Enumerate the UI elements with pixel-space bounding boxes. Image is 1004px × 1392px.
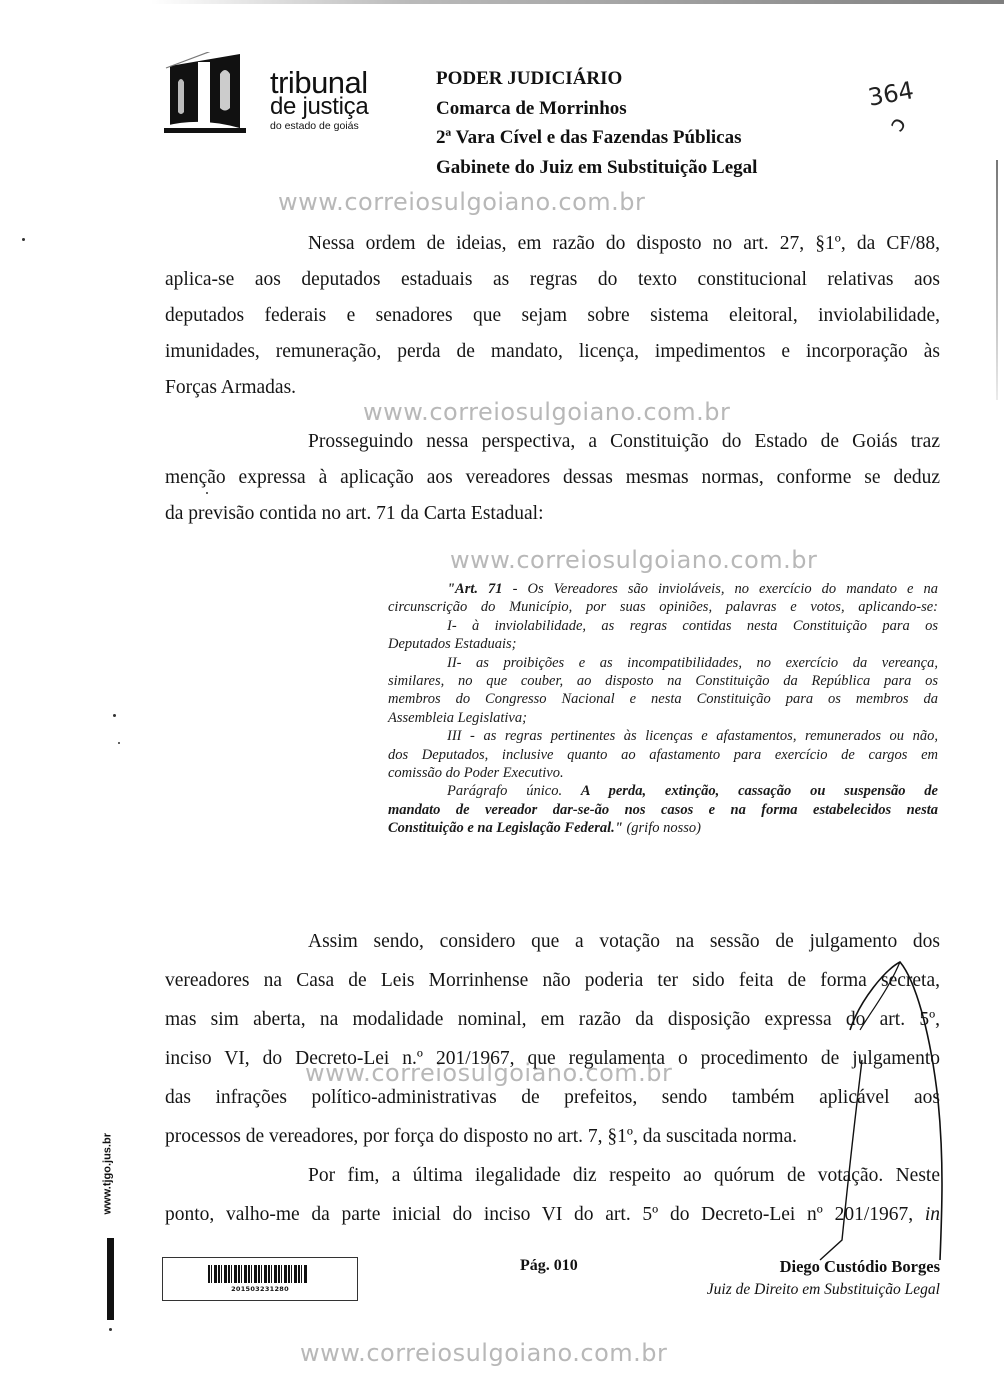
barcode-number: 201503231280 [163, 1285, 357, 1293]
text-line: dos Deputados, inclusive quanto ao afast… [388, 746, 938, 764]
emphasis-text: A perda, extinção, cassação ou suspensão… [581, 783, 938, 799]
text-line: Parágrafo único. [447, 783, 581, 799]
emphasis-text: mandato de vereador dar-se-ão nos casos … [388, 801, 938, 819]
block-quote-art71: "Art. 71 - Os Vereadores são invioláveis… [388, 580, 938, 838]
text-line: Deputados Estaduais; [388, 635, 938, 653]
text-line: (grifo nosso) [623, 820, 701, 836]
text-line: III - as regras pertinentes às licenças … [447, 728, 938, 744]
text-line: menção expressa à aplicação aos vereador… [165, 460, 940, 496]
scan-speck [22, 238, 25, 241]
watermark: www.correiosulgoiano.com.br [450, 546, 817, 574]
text-line: Assembleia Legislativa; [388, 709, 938, 727]
header-line-comarca: Comarca de Morrinhos [436, 94, 757, 124]
watermark: www.correiosulgoiano.com.br [278, 188, 645, 216]
header-line-gabinete: Gabinete do Juiz em Substituição Legal [436, 153, 757, 183]
logo-subtitle: de justiça [270, 96, 368, 118]
header-line-vara: 2ª Vara Cível e das Fazendas Públicas [436, 123, 757, 153]
emphasis-text: Constituição e na Legislação Federal." [388, 820, 623, 836]
watermark: www.correiosulgoiano.com.br [300, 1339, 667, 1367]
text-line: - Os Vereadores são invioláveis, no exer… [503, 581, 938, 597]
page-number: Pág. 010 [520, 1257, 578, 1275]
barcode-icon [208, 1265, 308, 1283]
tjgo-logo: tribunal de justiça do estado de goiás [164, 50, 384, 140]
header-line-institution: PODER JUDICIÁRIO [436, 64, 757, 94]
side-stamp-bar [107, 1238, 114, 1320]
text-line: inciso VI, do Decreto-Lei n.º 201/1967, … [165, 1039, 940, 1078]
scan-speck [118, 742, 120, 744]
text-line: Prosseguindo nessa perspectiva, a Consti… [308, 431, 940, 452]
scan-speck [113, 714, 116, 717]
scan-edge-artifact [996, 160, 998, 400]
text-line: Nessa ordem de ideias, em razão do dispo… [308, 233, 940, 254]
side-stamp: www.tjgo.jus.br [96, 1125, 118, 1220]
scan-speck [109, 1328, 112, 1331]
text-line: vereadores na Casa de Leis Morrinhense n… [165, 961, 940, 1000]
document-barcode: 201503231280 [162, 1257, 358, 1301]
paragraph-votacao-secreta: Assim sendo, considero que a votação na … [165, 922, 940, 1156]
signer-role: Juiz de Direito em Substituição Legal [707, 1281, 940, 1299]
paragraph-constituicao-goias: Prosseguindo nessa perspectiva, a Consti… [165, 424, 940, 532]
text-line: circunscrição do Município, por suas opi… [388, 598, 938, 616]
handwritten-page-number: 364 [866, 76, 916, 112]
text-line: ponto, valho-me da parte inicial do inci… [165, 1204, 925, 1225]
text-line: Por fim, a última ilegalidade diz respei… [308, 1165, 940, 1186]
document-header: PODER JUDICIÁRIO Comarca de Morrinhos 2ª… [436, 64, 757, 182]
quote-article-ref: "Art. 71 [447, 581, 503, 597]
text-line: II- as proibições e as incompatibilidade… [447, 655, 938, 671]
paragraph-quorum: Por fim, a última ilegalidade diz respei… [165, 1156, 940, 1234]
side-stamp-url: www.tjgo.jus.br [102, 1120, 114, 1215]
text-line: deputados federais e senadores que sejam… [165, 298, 940, 334]
scan-speck [206, 492, 208, 494]
paragraph-cf88: Nessa ordem de ideias, em razão do dispo… [165, 226, 940, 406]
text-line: comissão do Poder Executivo. [388, 764, 938, 782]
text-line: imunidades, remuneração, perda de mandat… [165, 334, 940, 370]
text-line: mas sim aberta, na modalidade nominal, e… [165, 1000, 940, 1039]
text-line: I- à inviolabilidade, as regras contidas… [447, 618, 938, 634]
scan-edge-artifact [150, 0, 1004, 4]
signer-name: Diego Custódio Borges [780, 1257, 940, 1277]
italic-text: in [925, 1204, 940, 1225]
courthouse-logo-icon [164, 52, 246, 134]
text-line: da previsão contida no art. 71 da Carta … [165, 496, 940, 532]
text-line: membros do Congresso Nacional e nesta Co… [388, 690, 938, 708]
text-line: Assim sendo, considero que a votação na … [308, 931, 940, 952]
handwritten-initials: ↄ [884, 112, 911, 136]
text-line: das infrações político-administrativas d… [165, 1078, 940, 1117]
text-line: aplica-se aos deputados estaduais as reg… [165, 262, 940, 298]
text-line: processos de vereadores, por força do di… [165, 1117, 940, 1156]
text-line: similares, no que couber, ao disposto na… [388, 672, 938, 690]
logo-caption: do estado de goiás [270, 119, 368, 133]
text-line: Forças Armadas. [165, 370, 940, 406]
